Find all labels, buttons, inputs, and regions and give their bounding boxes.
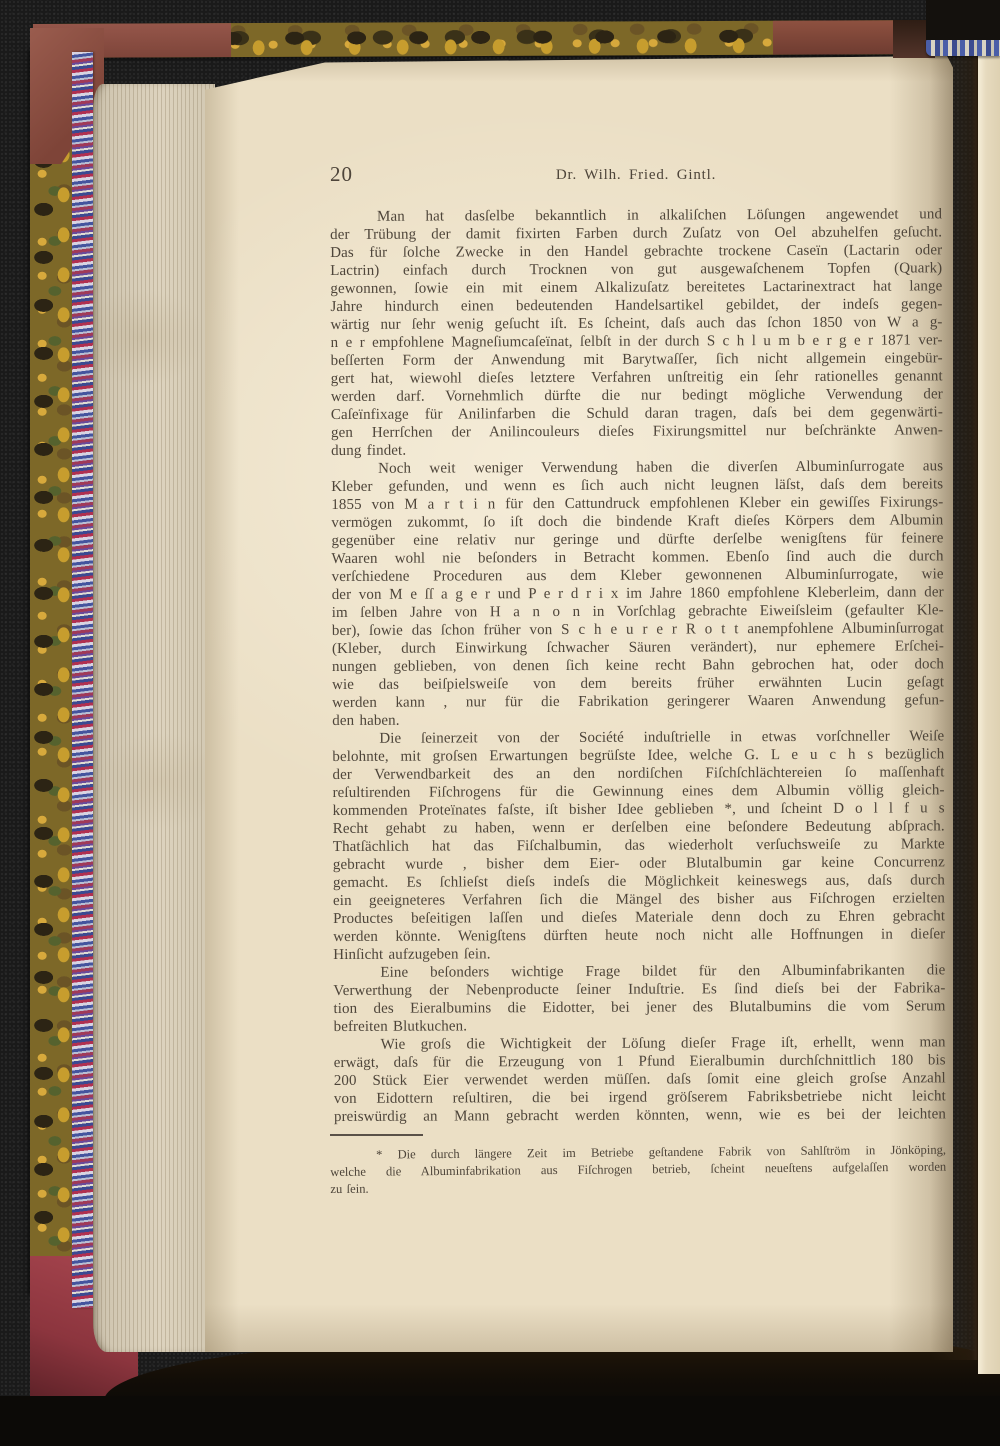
text-line: preiswürdig an Mann gebracht werden könn…	[334, 1105, 946, 1126]
footnote: * Die durch längere Zeit im Betriebe geſ…	[330, 1142, 946, 1198]
background-top-right	[926, 0, 1000, 40]
book-page: 20 Dr. Wilh. Fried. Gintl. Man hat dasſe…	[205, 56, 953, 1352]
leather-segment-right	[773, 20, 895, 55]
text-line: gen Herrſchen der Anilincouleurs dieſes …	[331, 421, 943, 442]
page-edge-stack	[93, 84, 215, 1352]
marbled-endpaper-strip	[72, 52, 93, 1308]
body-paragraphs: Man hat dasſelbe bekanntlich in alkaliſc…	[330, 205, 946, 1126]
facing-page-edge	[978, 44, 1000, 1374]
scanner-bottom-band	[0, 1396, 1000, 1446]
paragraph: Wie groſs die Wichtigkeit der Löſung die…	[334, 1033, 946, 1126]
text-line: tion des Eieralbumins die Eidotter, bei …	[333, 997, 945, 1018]
marble-segment	[231, 21, 773, 57]
paragraph: Man hat dasſelbe bekanntlich in alkaliſc…	[330, 205, 943, 460]
book-cover-top-edge	[33, 20, 933, 58]
book-cover-left-marbled	[30, 50, 78, 1295]
text-line: werden kann , nur für die Fabrikation ge…	[332, 691, 944, 712]
paragraph: Die ſeinerzeit von der Société induſtrie…	[332, 727, 945, 964]
paragraph: Noch weit weniger Verwendung haben die d…	[331, 457, 944, 730]
gutter-shadow	[930, 44, 978, 1360]
endband-top-right	[926, 38, 1000, 56]
running-header: Dr. Wilh. Fried. Gintl.	[330, 167, 942, 184]
footnote-rule	[330, 1134, 423, 1136]
text-line: werden könnte. Wenigſtens dürften heute …	[333, 925, 945, 946]
paragraph: Eine beſonders wichtige Frage bildet für…	[333, 961, 945, 1036]
scan-background: 20 Dr. Wilh. Fried. Gintl. Man hat dasſe…	[0, 0, 1000, 1446]
page-header: 20 Dr. Wilh. Fried. Gintl.	[330, 162, 942, 188]
